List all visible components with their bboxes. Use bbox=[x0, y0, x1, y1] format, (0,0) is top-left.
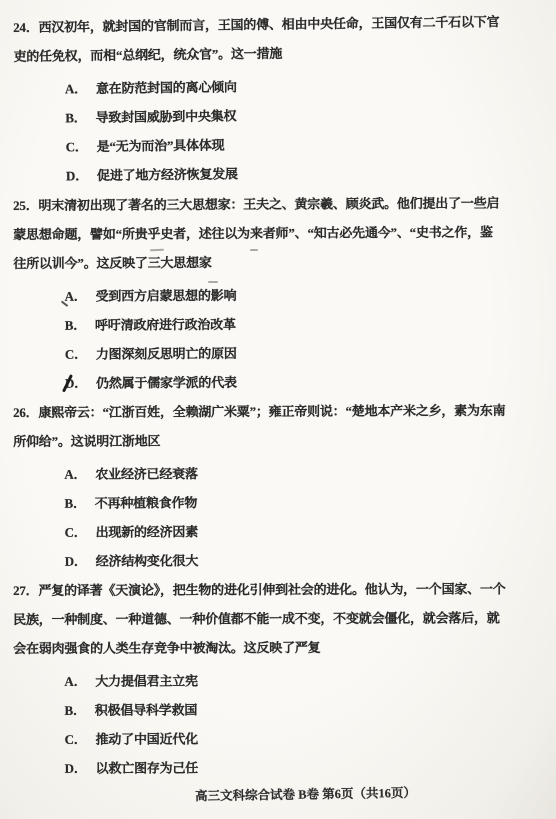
page-footer: 高三文科综合试卷 B卷 第6页（共16页） bbox=[0, 781, 556, 808]
option-text: 大力提倡君主立宪 bbox=[95, 673, 197, 688]
question-24-stem-line-2: 吏的任免权，而相“总纲纪，统众官”。这一措施 bbox=[13, 36, 540, 71]
question-24: 24．西汉初年，就封国的官制而言，王国的傅、相由中央任命，王国仅有二千石以下官 … bbox=[13, 7, 542, 191]
exam-content: 24．西汉初年，就封国的官制而言，王国的傅、相由中央任命，王国仅有二千石以下官 … bbox=[13, 13, 540, 783]
option-text: 受到西方启蒙思想的影响 bbox=[96, 288, 237, 304]
question-27-stem-line-2: 民族，一种制度、一种道德、一种价值都不能一成不变，不变就会僵化，就会落后，就 bbox=[13, 603, 540, 634]
option-label: D． bbox=[66, 168, 88, 183]
question-26: 26．康熙帝云：“江浙百姓，全赖湖广米粟”；雍正帝则说：“楚地本产米之乡，素为东… bbox=[13, 396, 541, 576]
scan-artifact bbox=[250, 249, 258, 251]
question-27-stem-line-3: 会在弱肉强食的人类生存竞争中被淘汰。这反映了严复 bbox=[13, 632, 540, 663]
question-26-option-a: A．农业经济已经衰落 bbox=[13, 458, 540, 489]
option-text: 积极倡导科学救国 bbox=[95, 702, 197, 717]
option-label: A． bbox=[65, 81, 87, 96]
option-label: B． bbox=[65, 318, 86, 333]
question-25-stem-line-2: 蒙思想命题，譬如“所贵乎史者，述往以为来者师”、“知古必先通今”、“史书之作，鉴 bbox=[13, 217, 540, 249]
option-text: 仍然属于儒家学派的代表 bbox=[96, 375, 237, 391]
option-label: C． bbox=[65, 732, 87, 747]
option-text: 以救亡图存为己任 bbox=[96, 760, 198, 775]
page-footer-text: 高三文科综合试卷 B卷 第6页（共16页） bbox=[195, 786, 416, 803]
option-label: C． bbox=[65, 525, 87, 540]
exam-paper-scan: 24．西汉初年，就封国的官制而言，王国的傅、相由中央任命，王国仅有二千石以下官 … bbox=[0, 0, 556, 819]
scan-artifact bbox=[208, 281, 218, 283]
question-24-option-d: D．促进了地方经济恢复发展 bbox=[15, 156, 542, 191]
question-25-option-c: C．力图深刻反思明亡的原因 bbox=[14, 337, 541, 369]
option-text: 经济结构变化很大 bbox=[96, 553, 198, 568]
question-27-option-c: C．推动了中国近代化 bbox=[14, 723, 541, 754]
question-26-stem-line-1: 26．康熙帝云：“江浙百姓，全赖湖广米粟”；雍正帝则说：“楚地本产米之乡，素为东… bbox=[13, 396, 540, 427]
question-27-stem-line-1: 27．严复的译著《天演论》，把生物的进化引伸到社会的进化。他认为，一个国家、一个 bbox=[13, 574, 540, 605]
question-27-option-a: A．大力提倡君主立宪 bbox=[13, 665, 540, 696]
option-text: 是“无为而治”具体体现 bbox=[97, 137, 225, 154]
option-label: C． bbox=[65, 347, 87, 362]
option-label: A． bbox=[65, 289, 87, 304]
option-text: 促进了地方经济恢复发展 bbox=[97, 166, 238, 183]
question-25: 25．明末清初出现了著名的三大思想家：王夫之、黄宗羲、顾炎武。他们提出了一些启 … bbox=[13, 188, 541, 398]
option-label: B． bbox=[64, 703, 85, 718]
option-text: 导致封国威胁到中央集权 bbox=[95, 108, 236, 125]
question-26-option-c: C．出现新的经济因素 bbox=[14, 516, 541, 547]
option-text: 推动了中国近代化 bbox=[96, 731, 198, 746]
option-label: C． bbox=[66, 139, 88, 154]
question-26-option-b: B．不再种植粮食作物 bbox=[13, 487, 540, 518]
question-25-option-a: A．受到西方启蒙思想的影响 bbox=[13, 279, 540, 311]
question-25-stem-line-3: 往所以训今”。这反映了三大思想家 bbox=[13, 246, 540, 278]
question-26-option-d: D．经济结构变化很大 bbox=[14, 545, 541, 576]
option-label: A． bbox=[64, 467, 86, 482]
question-26-stem-line-2: 所仰给”。这说明江浙地区 bbox=[13, 425, 540, 456]
question-27-option-b: B．积极倡导科学救国 bbox=[13, 694, 540, 725]
option-text: 力图深刻反思明亡的原因 bbox=[96, 346, 237, 362]
question-27-option-d: D．以救亡图存为己任 bbox=[14, 752, 541, 783]
question-25-option-b: B．呼吁清政府进行政治改革 bbox=[14, 308, 541, 340]
option-label: B． bbox=[64, 496, 85, 511]
option-label: D． bbox=[65, 554, 87, 569]
option-text: 不再种植粮食作物 bbox=[95, 495, 197, 510]
question-25-stem-line-1: 25．明末清初出现了著名的三大思想家：王夫之、黄宗羲、顾炎武。他们提出了一些启 bbox=[13, 188, 540, 220]
option-text: 农业经济已经衰落 bbox=[95, 466, 197, 481]
option-text: 出现新的经济因素 bbox=[96, 524, 198, 539]
option-label: B． bbox=[65, 110, 86, 125]
option-text: 意在防范封国的离心倾向 bbox=[96, 79, 237, 96]
option-label: A． bbox=[64, 674, 86, 689]
question-27: 27．严复的译著《天演论》，把生物的进化引伸到社会的进化。他认为，一个国家、一个… bbox=[13, 574, 541, 783]
option-label: D． bbox=[65, 761, 87, 776]
question-25-option-d: D．仍然属于儒家学派的代表 bbox=[14, 366, 541, 398]
option-text: 呼吁清政府进行政治改革 bbox=[95, 317, 236, 333]
